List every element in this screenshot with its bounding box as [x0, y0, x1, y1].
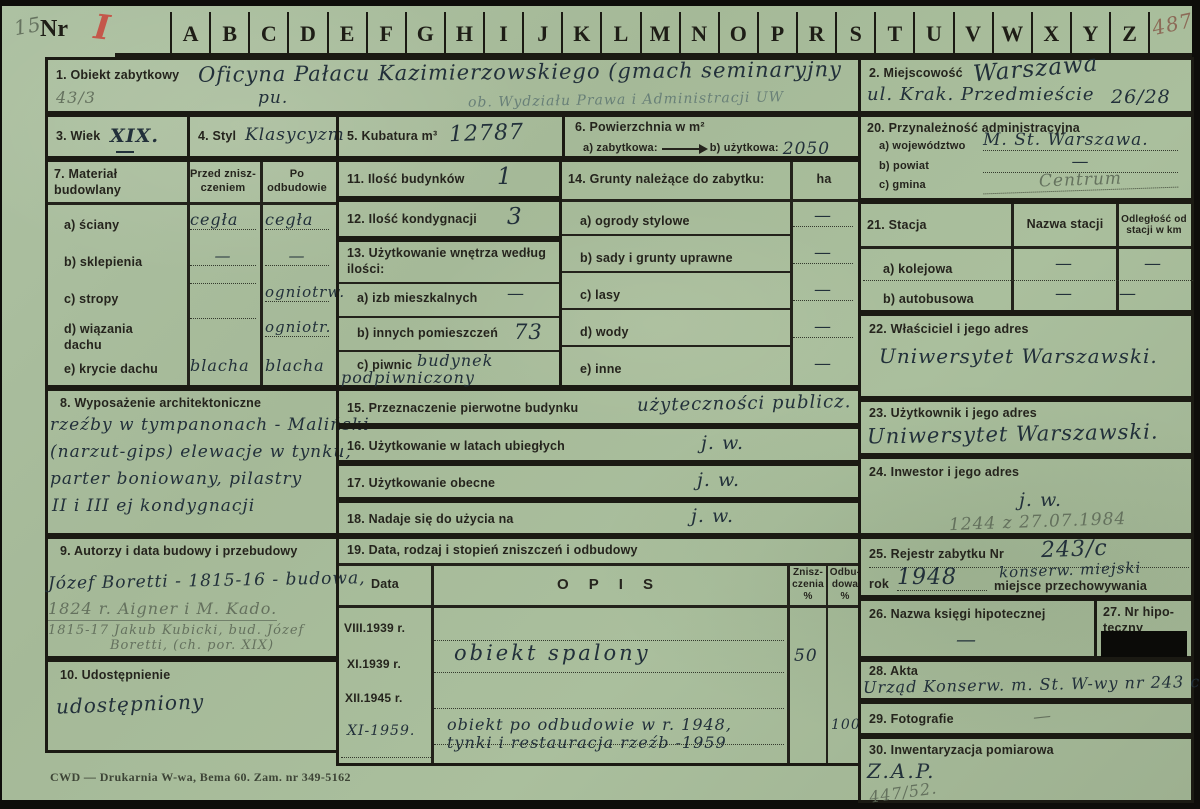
material-after: —: [265, 246, 329, 266]
station-dist-value: —: [1119, 284, 1187, 304]
object-name-continuation: pu.: [258, 88, 288, 108]
authors-pencil-line: 1815-17 Jakub Kubicki, bud. Józef: [48, 623, 304, 638]
field-12-ilosc-kondygnacji: 12. Ilość kondygnacji 3: [336, 199, 562, 239]
field-28-akta: 28. Akta Urząd Konserw. m. St. W-wy nr 2…: [858, 659, 1194, 701]
field-label: 30. Inwentaryzacja pomiarowa: [869, 743, 1054, 759]
damage-date: XI.1939 r.: [347, 657, 401, 672]
field-20-przynaleznosc: 20. Przynależność administracyjna a) woj…: [858, 114, 1194, 201]
field-label: 26. Nazwa księgi hipotecznej: [869, 607, 1089, 623]
row-label: b) sady i grunty uprawne: [580, 251, 733, 267]
arrow-icon: [662, 148, 706, 150]
damage-desc-line: [341, 735, 431, 758]
row-label: b) autobusowa: [883, 292, 974, 308]
field-label: 18. Nadaje się do użycia na: [347, 512, 514, 528]
grid-line: [562, 345, 790, 347]
hectare-value: —: [793, 354, 853, 374]
storage-place-label: miejsce przechowywania: [994, 579, 1147, 595]
damage-date: XII.1945 r.: [345, 691, 403, 706]
material-after: cegła: [265, 210, 329, 230]
col-odbudowa-label: Odbu-dowa: [829, 567, 861, 590]
row-separator: [863, 262, 1193, 281]
row-label: a) ogrody stylowe: [580, 214, 690, 230]
letter-cell: J: [522, 12, 561, 55]
material-after: blacha: [265, 356, 329, 375]
field-7-material-table: 7. Materiał budowlany Przed znisz-czenie…: [45, 159, 339, 388]
damage-percent-handwriting: 50: [794, 646, 818, 666]
nr-label: Nr: [40, 16, 68, 43]
letter-cell: H: [444, 12, 483, 55]
redaction-box: [1101, 631, 1187, 657]
letter-cell: K: [561, 12, 600, 55]
grid-line: [562, 199, 858, 202]
field-9-autorzy: 9. Autorzy i data budowy i przebudowy Jó…: [45, 536, 339, 659]
field-23-uzytkownik: 23. Użytkownik i jego adres Uniwersytet …: [858, 399, 1194, 456]
field-label: 12. Ilość kondygnacji: [347, 212, 477, 228]
letter-cell: U: [913, 12, 952, 55]
field-24-inwestor: 24. Inwestor i jego adres j. w. 1244 z 2…: [858, 456, 1194, 536]
damage-desc-line: [434, 721, 784, 745]
field-label: 2. Miejscowość: [869, 66, 963, 82]
photos-value: —: [1032, 705, 1053, 728]
letter-cell: I: [483, 12, 522, 55]
field-label: 21. Stacja: [867, 218, 927, 234]
grid-line: [562, 271, 790, 273]
row-label: d) wiązania dachu: [64, 322, 174, 353]
investor-pencil-note: 1244 z 27.07.1984: [949, 509, 1127, 535]
col-after-label: Po odbudowie: [264, 166, 330, 198]
rooms-value: —: [507, 284, 525, 304]
other-rooms-value: 73: [514, 320, 543, 344]
field-3-wiek: 3. Wiek XIX.: [45, 114, 190, 159]
rok-label: rok: [869, 577, 889, 593]
street-number-handwriting: 26/28: [1111, 86, 1171, 108]
hectare-value: —: [793, 243, 853, 264]
field-label: 29. Fotografie: [869, 712, 954, 728]
material-before: [190, 318, 256, 319]
grid-line: [339, 605, 858, 608]
field-21-stacja-table: 21. Stacja Nazwa stacji Odległość od sta…: [858, 201, 1194, 313]
grid-line: [260, 162, 263, 385]
grid-line: [339, 282, 559, 284]
authors-ink-line: Józef Boretti - 1815-16 - budowa,: [48, 568, 366, 594]
letter-cell: Y: [1070, 12, 1109, 55]
field-label: 16. Użytkowanie w latach ubiegłych: [347, 439, 565, 455]
field-11-ilosc-budynkow: 11. Ilość budynków 1: [336, 159, 562, 199]
equipment-line: parter boniowany, pilastry: [50, 469, 302, 489]
building-count-handwriting: 1: [497, 164, 513, 190]
field-label: 15. Przeznaczenie pierwotne budynku: [347, 401, 578, 417]
other-rooms-label: b) innych pomieszczeń: [357, 326, 498, 342]
damage-date: VIII.1939 r.: [344, 621, 405, 636]
field-16-uzytkowanie-ubiegle: 16. Użytkowanie w latach ubiegłych j. w.: [336, 426, 861, 463]
field-27-nr-hipoteczny: 27. Nr hipo­teczny: [1094, 598, 1194, 659]
equipment-line: II i III ej kondygnacji: [52, 496, 255, 516]
field-10-udostepnienie: 10. Udostępnienie udostępniony: [45, 659, 339, 753]
corner-archive-number: 487: [1150, 8, 1195, 40]
field-label: 9. Autorzy i data budowy i przebudowy: [60, 544, 298, 560]
material-after: ogniotr.: [265, 318, 329, 337]
percent-sign: %: [829, 591, 861, 603]
equipment-line: rzeźby w tympanonach - Maliński: [50, 415, 370, 435]
letter-cell: P: [757, 12, 796, 55]
voivodeship-label: a) województwo: [879, 140, 966, 154]
investor-handwriting: j. w.: [1019, 489, 1062, 511]
rebuild-percent-handwriting: 100: [831, 717, 861, 733]
letter-cell: E: [327, 12, 366, 55]
row-label: b) sklepienia: [64, 255, 142, 271]
letter-cell: F: [366, 12, 405, 55]
storey-count-handwriting: 3: [507, 204, 523, 230]
damage-desc-line: [434, 617, 784, 641]
style-handwriting: Klasycyzm: [245, 125, 345, 145]
col-before-label: Przed znisz-czeniem: [189, 166, 257, 198]
mortgage-book-value: —: [956, 627, 977, 651]
field-25-rejestr: 25. Rejestr zabytku Nr 243/c rok 1948 ko…: [858, 536, 1194, 598]
letter-cell: L: [600, 12, 639, 55]
field-6-powierzchnia: 6. Powierzchnia w m² a) zabytkowa: b) uż…: [562, 114, 861, 159]
gmina-label: c) gmina: [879, 179, 926, 193]
material-before: blacha: [190, 356, 256, 375]
field-label: 10. Udostępnienie: [60, 668, 170, 684]
field-4-styl: 4. Styl Klasycyzm: [187, 114, 339, 159]
row-label: c) lasy: [580, 288, 620, 304]
field-label: 4. Styl: [198, 129, 236, 145]
row-label: e) inne: [580, 362, 622, 378]
row-label: e) krycie dachu: [64, 362, 158, 378]
grid-line: [48, 202, 336, 205]
col-distance-label: Odległość od stacji w km: [1119, 206, 1189, 244]
powiat-label: b) powiat: [879, 160, 929, 174]
row-label: c) stropy: [64, 292, 119, 308]
material-before: [190, 283, 256, 284]
field-26-ksiega-hipoteczna: 26. Nazwa księgi hipotecznej —: [858, 598, 1097, 659]
letter-cell: D: [287, 12, 326, 55]
owner-handwriting: Uniwersytet Warszawski.: [879, 344, 1158, 368]
letter-cell: C: [248, 12, 287, 55]
authors-pencil-line: Boretti, (ch. por. XIX): [110, 638, 274, 653]
current-use-handwriting: j. w.: [697, 469, 740, 491]
field-1-obiekt-zabytkowy: 1. Obiekt zabytkowy 43/3 Oficyna Pałacu …: [45, 57, 861, 114]
pencil-current-use-note: ob. Wydziału Prawa i Administracji UW: [468, 89, 784, 111]
letter-cell: B: [209, 12, 248, 55]
city-handwriting: Warszawa: [972, 51, 1099, 88]
record-card: 15 Nr I A B C D E F G H I J K L M N O P …: [2, 6, 1192, 800]
letter-cell: R: [796, 12, 835, 55]
object-name-handwriting: Oficyna Pałacu Kazimierzowskiego (gmach …: [198, 57, 842, 87]
grid-line: [562, 234, 790, 236]
field-label: 6. Powierzchnia w m²: [575, 120, 705, 136]
field-14-grunty-table: 14. Grunty należące do zabytku: ha a) og…: [559, 159, 861, 388]
field-29-fotografie: 29. Fotografie —: [858, 701, 1194, 736]
field-label: 13. Użytkowanie wnętrza według ilości:: [347, 246, 547, 277]
letter-cell: X: [1031, 12, 1070, 55]
century-handwriting: XIX.: [110, 125, 159, 147]
pencil-ref-number: 43/3: [56, 88, 96, 107]
past-use-handwriting: j. w.: [701, 432, 744, 454]
field-label: 8. Wyposażenie architektoniczne: [60, 396, 261, 412]
field-5-kubatura: 5. Kubatura m³ 12787: [336, 114, 565, 159]
printer-imprint: CWD — Drukarnia W-wa, Bema 60. Zam. nr 3…: [50, 770, 351, 785]
row-label: a) ściany: [64, 218, 119, 234]
field-13-uzytkowanie-wnetrza: 13. Użytkowanie wnętrza według ilości: a…: [336, 239, 562, 388]
letter-cell: V: [953, 12, 992, 55]
field-30-inwentaryzacja: 30. Inwentaryzacja pomiarowa Z.A.P. 447/…: [858, 736, 1194, 803]
field-label: 17. Użytkowanie obecne: [347, 476, 495, 492]
field-label: 23. Użytkownik i jego adres: [869, 406, 1037, 422]
area-b-label: b) użytkowa:: [710, 142, 779, 156]
area-subrow: a) zabytkowa: b) użytkowa: 2050: [583, 139, 830, 159]
field-label: 7. Materiał budowlany: [54, 167, 179, 198]
underline-mark: [116, 151, 134, 153]
col-station-name-label: Nazwa stacji: [1014, 212, 1116, 238]
field-label: 22. Właściciel i jego adres: [869, 322, 1029, 338]
col-opis-label: O P I S: [434, 566, 784, 604]
row-label: d) wody: [580, 325, 629, 341]
damage-desc-line: [434, 685, 784, 709]
letter-cell: W: [992, 12, 1031, 55]
register-year-handwriting: 1948: [897, 565, 987, 591]
material-after: ogniotrw.: [265, 283, 329, 302]
usable-area-handwriting: 2050: [783, 139, 830, 159]
letter-cell: A: [170, 12, 209, 55]
letter-cell: S: [835, 12, 874, 55]
field-label: 11. Ilość budynków: [347, 172, 465, 188]
material-before: cegła: [190, 210, 256, 230]
field-22-wlasciciel: 22. Właściciel i jego adres Uniwersytet …: [858, 313, 1194, 399]
street-handwriting: ul. Krak. Przedmieście: [867, 84, 1095, 105]
hectare-value: —: [793, 206, 853, 227]
hectare-unit-label: ha: [793, 170, 855, 190]
user-handwriting: Uniwersytet Warszawski.: [867, 419, 1159, 448]
percent-sign: %: [790, 591, 826, 603]
field-8-wyposazenie: 8. Wyposażenie architektoniczne rzeźby w…: [45, 388, 339, 536]
field-label: 19. Data, rodzaj i stopień zniszczeń i o…: [347, 543, 638, 559]
grid-line: [562, 308, 790, 310]
cellars-value-line2: podpiwniczony: [341, 368, 475, 387]
letter-cell: M: [640, 12, 679, 55]
original-purpose-handwriting: użyteczności publicz.: [637, 391, 852, 416]
field-label: 5. Kubatura m³: [347, 129, 437, 145]
grid-line: [826, 563, 828, 763]
volume-handwriting: 12787: [449, 120, 525, 148]
field-19-zniszczenia-table: 19. Data, rodzaj i stopień zniszczeń i o…: [336, 536, 861, 766]
damage-desc-line: [434, 649, 784, 673]
alphabet-index-row: A B C D E F G H I J K L M N O P R S T U …: [170, 12, 1150, 55]
scanned-heritage-card: { "top": { "pencil_no": "15", "nr_label"…: [0, 0, 1200, 809]
letter-cell: T: [874, 12, 913, 55]
col-zniszczenia-label: Znisz-czenia: [790, 567, 826, 590]
letter-cell: Z: [1109, 12, 1150, 55]
field-label: 14. Grunty należące do zabytku:: [568, 172, 765, 188]
suitable-use-handwriting: j. w.: [691, 505, 734, 527]
field-15-przeznaczenie: 15. Przeznaczenie pierwotne budynku użyt…: [336, 388, 861, 426]
accessibility-handwriting: udostępniony: [56, 689, 205, 718]
col-data-label: Data: [339, 566, 431, 604]
hectare-value: —: [793, 280, 853, 301]
rooms-label: a) izb mieszkalnych: [357, 291, 478, 307]
material-before: —: [190, 246, 256, 266]
authors-pencil-line: 1824 r. Aigner i M. Kado.: [48, 599, 277, 621]
field-17-uzytkowanie-obecne: 17. Użytkowanie obecne j. w.: [336, 463, 861, 500]
field-2-miejscowosc: 2. Miejscowość Warszawa ul. Krak. Przedm…: [858, 57, 1194, 114]
index-mark: I: [92, 7, 113, 49]
grid-line: [861, 246, 1191, 249]
station-name-value: —: [1014, 284, 1114, 304]
letter-cell: N: [679, 12, 718, 55]
area-a-label: a) zabytkowa:: [583, 142, 658, 156]
field-label: 1. Obiekt zabytkowy: [56, 68, 179, 84]
field-18-nadaje-sie: 18. Nadaje się do użycia na j. w.: [336, 500, 861, 536]
letter-cell: O: [718, 12, 757, 55]
grid-line: [339, 316, 559, 318]
grid-line: [790, 162, 793, 385]
hectare-value: —: [793, 317, 853, 338]
equipment-line: (narzut-gips) elewacje w tynku,: [50, 442, 352, 462]
field-label: 3. Wiek: [56, 129, 100, 145]
voivodeship-handwriting: M. St. Warszawa.: [983, 130, 1178, 151]
pencil-card-number: 15: [12, 12, 43, 40]
field-label: 24. Inwestor i jego adres: [869, 465, 1019, 481]
letter-cell: G: [405, 12, 444, 55]
